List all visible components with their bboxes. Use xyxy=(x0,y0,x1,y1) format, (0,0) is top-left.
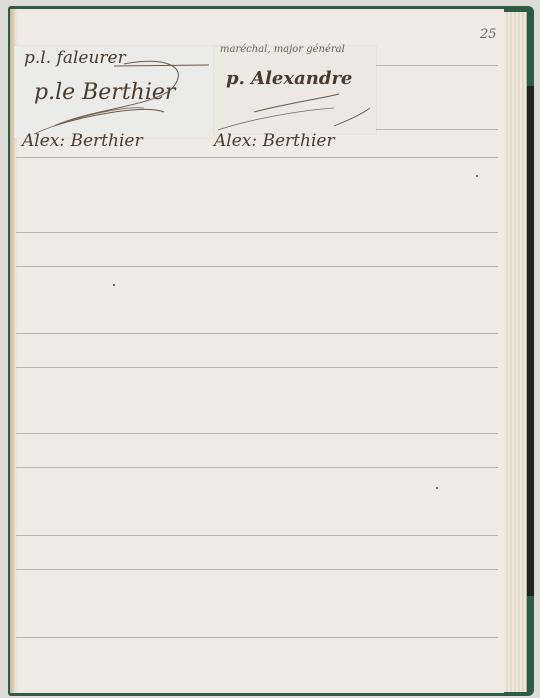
ruled-line xyxy=(370,65,498,66)
signature-clipping-1: p.l. faleurer p.le Berthier xyxy=(14,46,214,138)
paper-speck xyxy=(476,175,478,177)
signature-flourish xyxy=(14,46,214,138)
signature-clipping-2: maréchal, major général p. Alexandre xyxy=(214,46,376,134)
ruled-line xyxy=(16,467,498,468)
paper-speck xyxy=(436,487,438,489)
manuscript-page: 25 p.l. faleurer p.le Berthier maréchal,… xyxy=(10,9,504,693)
paper-speck xyxy=(113,284,115,286)
ruled-line xyxy=(16,232,498,233)
ruled-line xyxy=(16,637,498,638)
ruled-line xyxy=(16,266,498,267)
handwritten-name: Alex: Berthier xyxy=(214,131,335,151)
ruled-line xyxy=(16,569,498,570)
ruled-line xyxy=(16,157,498,158)
signature-flourish xyxy=(214,46,376,134)
ruled-line xyxy=(16,367,498,368)
ruled-line xyxy=(16,433,498,434)
ruled-line xyxy=(16,535,498,536)
page-number: 25 xyxy=(480,27,497,42)
handwritten-name: Alex: Berthier xyxy=(22,131,143,151)
ruled-line xyxy=(16,333,498,334)
